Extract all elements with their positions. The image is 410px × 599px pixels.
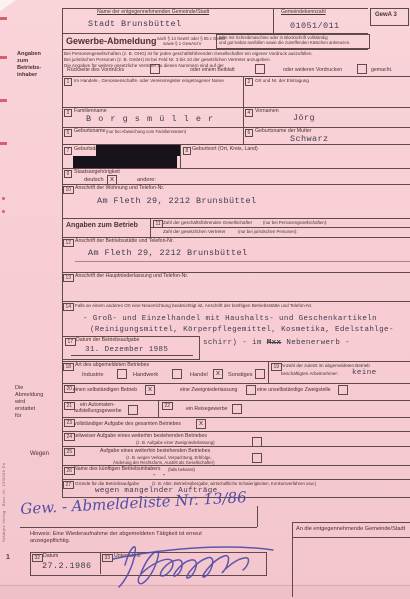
continuation-option-backside: Rückseite des Vordrucks xyxy=(67,68,124,74)
field-number-1: 1 xyxy=(64,78,72,86)
field-number-11: 11 xyxy=(153,220,163,228)
nationality-german-label: deutsch xyxy=(84,177,104,183)
municipality-code-value[interactable]: 01051/011 xyxy=(290,22,340,32)
registration-dot xyxy=(2,197,5,200)
business-section-label: Angaben zum Betrieb xyxy=(66,222,138,230)
fill-instruction-line2: und gut lesbar ausfüllen sowie die zutre… xyxy=(219,41,350,46)
recipient-value[interactable]: Stadt Brunsbüttel xyxy=(88,20,182,30)
handwritten-note[interactable]: Gew. - Abmeldeliste Nr. 13/86 xyxy=(20,489,247,518)
field-number-6: 6 xyxy=(245,129,253,137)
field-number-24: 24 xyxy=(64,433,75,441)
checkbox-independent-business[interactable]: x xyxy=(145,385,155,395)
field-4-label: Vornamen xyxy=(255,109,279,115)
checkbox-branch-office[interactable] xyxy=(246,385,256,395)
checkbox-vending[interactable] xyxy=(128,405,138,415)
field-12-label: Anschrift der Betriebsstätte und Telefon… xyxy=(75,239,174,245)
field-14-label: Falls an einem anderen Ort eine Neuerric… xyxy=(75,303,312,308)
form-code: GewA 3 xyxy=(375,12,397,19)
field-3-value[interactable]: B o r g s m ü l l e r xyxy=(86,115,214,125)
field-19-value[interactable]: keine xyxy=(352,369,377,378)
field-number-27: 27 xyxy=(63,481,74,489)
field-10-label: Anschrift der Wohnung und Telefon-Nr. xyxy=(75,186,164,192)
field-19-line2: beschäftigten Arbeitnehmer: xyxy=(281,371,338,376)
nationality-other-label: andere: xyxy=(137,177,156,183)
printer-imprint: Städtjes Verlag · Best.-Nr. 190/036 Dri xyxy=(1,382,9,542)
continuation-made: gemacht. xyxy=(371,68,392,74)
recipient-label: Name der entgegennehmenden Gemeinde/Stad… xyxy=(97,10,209,16)
field-11-sub2: (nur bei juristischen Personen): xyxy=(238,230,297,235)
field-12-value[interactable]: Am Fleth 29, 2212 Brunsbüttel xyxy=(88,249,248,259)
field-32-value[interactable]: 27.2.1986 xyxy=(42,562,92,572)
checkbox-dependent-branch[interactable] xyxy=(338,385,348,395)
checkbox-backside[interactable] xyxy=(150,64,160,74)
legal-basis-line2: sowie § 1 GewAnzV xyxy=(163,42,201,47)
field-number-32: 32 xyxy=(32,554,43,562)
field-32-label: Datum xyxy=(43,554,58,560)
activity-line3-pre: schirr) - im xyxy=(203,339,267,347)
redaction-bar-birthplace xyxy=(73,156,177,168)
signature[interactable] xyxy=(105,531,280,589)
field-27-label: Gründe für die Betriebsaufgabe xyxy=(75,481,139,486)
activity-line1[interactable]: - Groß- und Einzelhandel mit Haushalts- … xyxy=(83,315,377,324)
option-branch-office: eine Zweigniederlassung xyxy=(180,388,237,394)
checkbox-full-closure[interactable]: x xyxy=(196,419,206,429)
field-number-23: 23 xyxy=(64,419,75,427)
field-17-value[interactable]: 31. Dezember 1985 xyxy=(85,346,168,355)
type-sonstiges-label: Sonstiges xyxy=(228,372,253,378)
field-number-5: 5 xyxy=(64,129,72,137)
dereg-side-1: Die xyxy=(15,385,23,391)
checkbox-supplement[interactable] xyxy=(255,64,265,74)
field-number-9: 9 xyxy=(64,170,72,178)
field-number-22: 22 xyxy=(162,402,173,410)
registration-mark xyxy=(0,142,7,145)
field-5-sublabel: (nur bei Abweichung vom Familiennamen) xyxy=(106,130,186,135)
field-26-label: Name des künftigen Betriebsinhabers xyxy=(74,467,161,473)
option-independent-business: einen selbständigen Betrieb xyxy=(73,388,137,394)
dereg-side-5: für xyxy=(15,413,22,419)
owner-section-label-3: Betriebs- xyxy=(17,65,41,71)
field-11-line1: Zahl der geschäftsführenden Gesellschaft… xyxy=(163,220,252,225)
field-11-sub1: (nur bei Personengesellschaften): xyxy=(263,221,327,226)
field-2-label: Ort und Nr. der Eintragung xyxy=(255,78,309,83)
type-handwerk-label: Handwerk xyxy=(133,372,158,378)
field-number-18: 18 xyxy=(63,363,74,371)
checkbox-handwerk[interactable] xyxy=(172,369,182,379)
checkbox-itinerant-trade[interactable] xyxy=(232,404,242,414)
registration-mark xyxy=(0,99,7,102)
field-4-value[interactable]: Jörg xyxy=(293,114,315,124)
field-18-label: Art des abgemeldeten Betriebes xyxy=(75,363,149,369)
activity-line3[interactable]: schirr) - im Mxx Nebenerwerb - xyxy=(203,339,350,348)
field-number-12: 12 xyxy=(63,239,74,247)
field-number-26: 26 xyxy=(64,467,75,475)
registration-dot xyxy=(2,210,5,213)
field-26-sublabel: (falls bekannt) xyxy=(168,468,195,473)
field-5-label: Geburtsname xyxy=(74,129,105,135)
field-19-line1: Anzahl der zuletzt im abgemeldeten Betri… xyxy=(281,363,370,368)
wegen-label: Wegen xyxy=(30,451,49,458)
owner-section-label-4: inhaber xyxy=(17,72,37,78)
checkbox-handover[interactable] xyxy=(252,453,262,463)
activity-line2[interactable]: (Reinigungsmittel, Körperpflegemittel, K… xyxy=(90,326,394,335)
field-number-4: 4 xyxy=(245,109,253,117)
field-1-label: Im Handels-, Genossenschafts- oder Verei… xyxy=(74,78,224,83)
activity-line3-post: Nebenerwerb - xyxy=(281,339,350,347)
continuation-option-forms: oder weiteren Vordrucken xyxy=(283,68,342,74)
owner-section-label-1: Angaben xyxy=(17,51,41,57)
option-vending-line2: aufstellungsgewerbe xyxy=(74,409,122,415)
field-number-13: 13 xyxy=(63,274,74,282)
address-box-label: An die entgegennehmende Gemeinde/Stadt xyxy=(296,526,405,532)
municipality-code-label: Gemeindekennzahl xyxy=(281,10,326,16)
registration-mark xyxy=(0,17,7,20)
dereg-side-4: erstattet xyxy=(15,406,35,412)
field-number-19: 19 xyxy=(271,363,282,371)
owner-intro-1: Bei Personengesellschaften (z. B. OHG) i… xyxy=(64,51,313,56)
continuation-option-supplement: oder einem Beiblatt xyxy=(190,68,235,74)
registration-mark xyxy=(0,56,7,59)
type-handel-label: Handel xyxy=(190,372,208,378)
field-11-line2: Zahl der gesetzlichen Vertreter xyxy=(163,229,226,234)
checkbox-sonstiges[interactable] xyxy=(255,369,265,379)
gewerbe-abmeldung-form: Städtjes Verlag · Best.-Nr. 190/036 Dri … xyxy=(0,0,410,599)
field-number-21: 21 xyxy=(64,402,75,410)
option-dependent-branch: eine unselbständige Zweigstelle xyxy=(257,388,331,394)
field-17-label: Datum der Betriebsaufgabe xyxy=(76,338,139,344)
field-number-25: 25 xyxy=(64,448,75,456)
checkbox-forms[interactable] xyxy=(357,64,367,74)
field-8-label: Geburtsort (Ort, Kreis, Land) xyxy=(192,147,258,153)
checkbox-industrie[interactable] xyxy=(117,369,127,379)
option-itinerant-trade: ein Reisegewerbe xyxy=(186,407,228,413)
field-number-2: 2 xyxy=(245,78,253,86)
field-13-label: Anschrift der Hauptniederlassung und Tel… xyxy=(75,274,188,280)
dereg-side-3: wird xyxy=(15,399,25,405)
dereg-side-2: Abmeldung xyxy=(15,392,43,398)
owner-intro-2: Bei juristischen Personen (z. B. GmbH) i… xyxy=(64,57,271,62)
hinweis-line2: anzeigepflichtig. xyxy=(30,538,70,544)
field-number-17: 17 xyxy=(65,338,76,346)
checkbox-handel[interactable]: x xyxy=(213,369,223,379)
redaction-bar-birthdate xyxy=(96,145,181,156)
field-10-value[interactable]: Am Fleth 29, 2212 Brunsbüttel xyxy=(97,197,257,207)
field-number-14: 14 xyxy=(63,303,74,311)
page-number: 1 xyxy=(6,554,10,562)
field-number-10: 10 xyxy=(63,186,74,194)
field-number-7: 7 xyxy=(64,147,72,155)
field-number-8: 8 xyxy=(183,147,191,155)
type-industrie-label: Industrie xyxy=(82,372,103,378)
field-number-3: 3 xyxy=(64,109,72,117)
form-title: Gewerbe-Abmeldung xyxy=(66,36,157,46)
paper-corner xyxy=(0,0,16,11)
owner-section-label-2: zum xyxy=(17,58,28,64)
activity-struck-word: Mxx xyxy=(267,339,282,347)
reason-full-closure: vollständiger Aufgabe des gesamten Betri… xyxy=(74,422,181,428)
